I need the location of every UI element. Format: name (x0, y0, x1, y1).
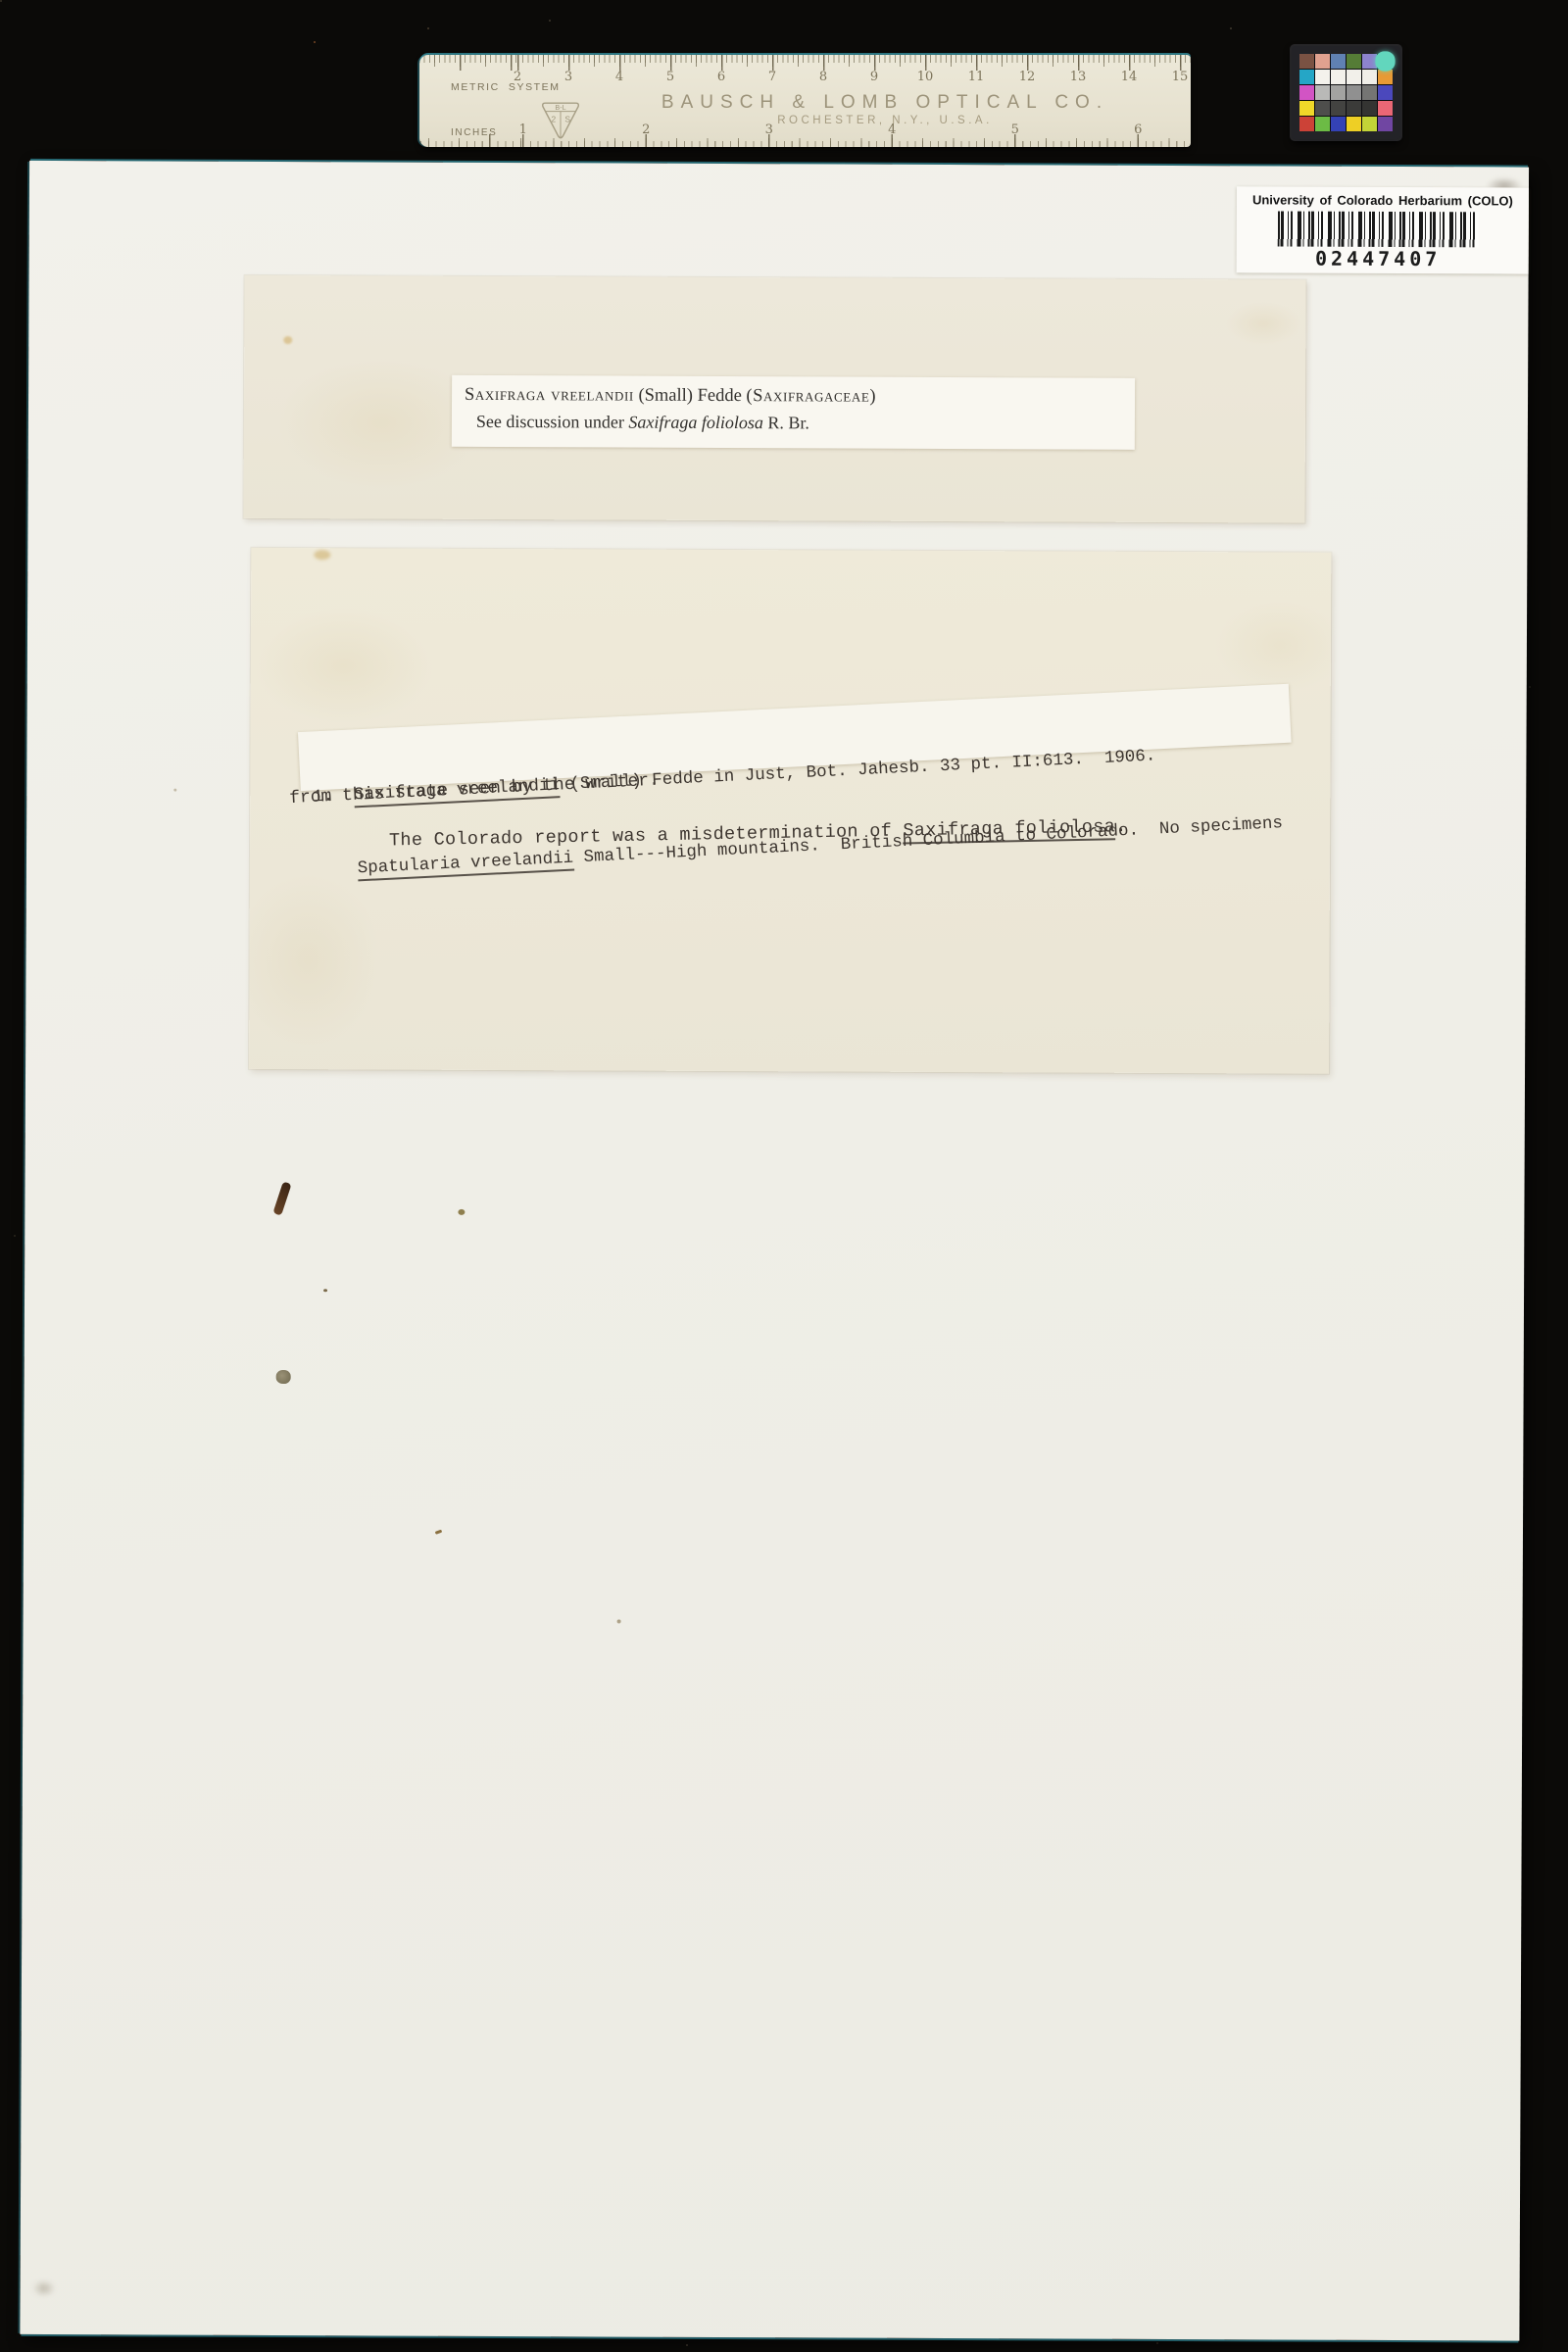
color-chip (1375, 51, 1395, 71)
small-speck (173, 789, 176, 792)
color-chip (1362, 85, 1377, 100)
color-chip (1331, 117, 1346, 131)
color-chip (1299, 101, 1314, 116)
color-chip (1378, 85, 1393, 100)
color-chip (1362, 70, 1377, 84)
color-chip (1315, 85, 1330, 100)
color-chip (1347, 54, 1361, 69)
cm-number: 4 (594, 70, 645, 84)
cm-number: 12 (1002, 70, 1053, 84)
referenced-taxon: Saxifraga foliolosa (628, 413, 763, 433)
color-chip (1347, 117, 1361, 131)
color-chip (1299, 54, 1314, 69)
color-chip (1347, 85, 1361, 100)
logo-letters-top: B-L (555, 103, 565, 112)
plant-debris-speck (458, 1209, 465, 1215)
system-word: SYSTEM (509, 81, 561, 93)
color-chip (1347, 101, 1361, 116)
cm-number: 9 (849, 70, 900, 84)
bausch-lomb-triangle-logo-icon: B-L 2 S (537, 95, 584, 144)
cm-number: 6 (696, 70, 747, 84)
scientific-name-line: Saxifraga vreelandii (Small) Fedde (Saxi… (465, 385, 1135, 409)
small-speck (323, 1289, 327, 1292)
cm-number: 10 (900, 70, 951, 84)
stain-spot (314, 550, 330, 560)
determination-card: Saxifraga vreelandii (Small) Fedde (Saxi… (243, 275, 1305, 523)
conclusion-period: . (1115, 816, 1127, 837)
plant-debris-fragment (272, 1181, 291, 1215)
inches-label: INCHES (451, 127, 497, 138)
color-chip (1315, 70, 1330, 84)
color-chip (1362, 117, 1377, 131)
color-chip (1331, 70, 1346, 84)
small-speck (435, 1530, 443, 1535)
institution-name: University of Colorado Herbarium (COLO) (1237, 186, 1529, 208)
color-chip (1378, 70, 1393, 84)
ruler-brand-subtext: ROCHESTER, N.Y., U.S.A. (606, 115, 1164, 126)
color-chip (1315, 54, 1330, 69)
ruler-cm-ticks (419, 55, 1191, 71)
cm-number: 7 (747, 70, 798, 84)
annotation-taxon-2: Spatularia vreelandii (357, 849, 573, 882)
logo-letter-right: S (564, 114, 570, 123)
color-chip (1299, 117, 1314, 131)
metric-word: METRIC (451, 81, 500, 93)
color-chip (1378, 101, 1393, 116)
see-suffix: R. Br. (767, 413, 809, 432)
barcode-number: 02447407 (1278, 246, 1479, 270)
barcode (1278, 211, 1479, 247)
ruler-cm-numbers: 23456789101112131415 (492, 70, 1191, 84)
specimen-sheet: University of Colorado Herbarium (COLO) … (20, 161, 1529, 2341)
herbarium-sheet-scan: 23456789101112131415 123456 METRICSYSTEM… (0, 0, 1568, 2352)
cm-number: 15 (1154, 70, 1191, 84)
stain-spot (283, 336, 292, 344)
cm-number: 14 (1103, 70, 1154, 84)
color-chip (1331, 54, 1346, 69)
taxon-name: Saxifraga vreelandii (465, 385, 634, 406)
color-chip (1362, 101, 1377, 116)
color-chip (1299, 85, 1314, 100)
color-chip (1378, 117, 1393, 131)
logo-letter-left: 2 (551, 114, 556, 123)
color-chip (1315, 101, 1330, 116)
color-chip-grid (1299, 54, 1393, 131)
typed-annotation-strip: 1.Saxifraga vreelandii (Small) Fedde in … (298, 684, 1292, 791)
annotation-card: 1.Saxifraga vreelandii (Small) Fedde in … (249, 548, 1331, 1074)
see-prefix: See discussion under (476, 412, 624, 432)
bausch-lomb-ruler: 23456789101112131415 123456 METRICSYSTEM… (419, 55, 1191, 147)
color-calibration-chart (1292, 46, 1400, 139)
metric-system-label: METRICSYSTEM (451, 81, 561, 93)
color-chip (1315, 117, 1330, 131)
color-chip (1299, 70, 1314, 84)
plant-debris-blob (276, 1370, 291, 1384)
color-chip (1347, 70, 1361, 84)
color-chip (1331, 101, 1346, 116)
taxon-family: (Saxifragaceae) (746, 386, 876, 407)
accession-label: University of Colorado Herbarium (COLO) … (1237, 186, 1529, 273)
conclusion-taxon: Saxifraga foliolosa (903, 816, 1115, 844)
cm-number: 13 (1053, 70, 1103, 84)
cm-number: 5 (645, 70, 696, 84)
bottom-smudge (32, 2279, 56, 2297)
see-discussion-line: See discussion under Saxifraga foliolosa… (476, 412, 1135, 435)
cm-number: 11 (951, 70, 1002, 84)
cm-number: 8 (798, 70, 849, 84)
ruler-brand-text: BAUSCH & LOMB OPTICAL CO. (606, 92, 1164, 114)
scanner-dust-specks (0, 0, 2, 2)
color-chip (1331, 85, 1346, 100)
taxon-author: (Small) Fedde (638, 386, 741, 406)
small-speck (617, 1620, 621, 1624)
determination-label-strip: Saxifraga vreelandii (Small) Fedde (Saxi… (452, 375, 1135, 450)
